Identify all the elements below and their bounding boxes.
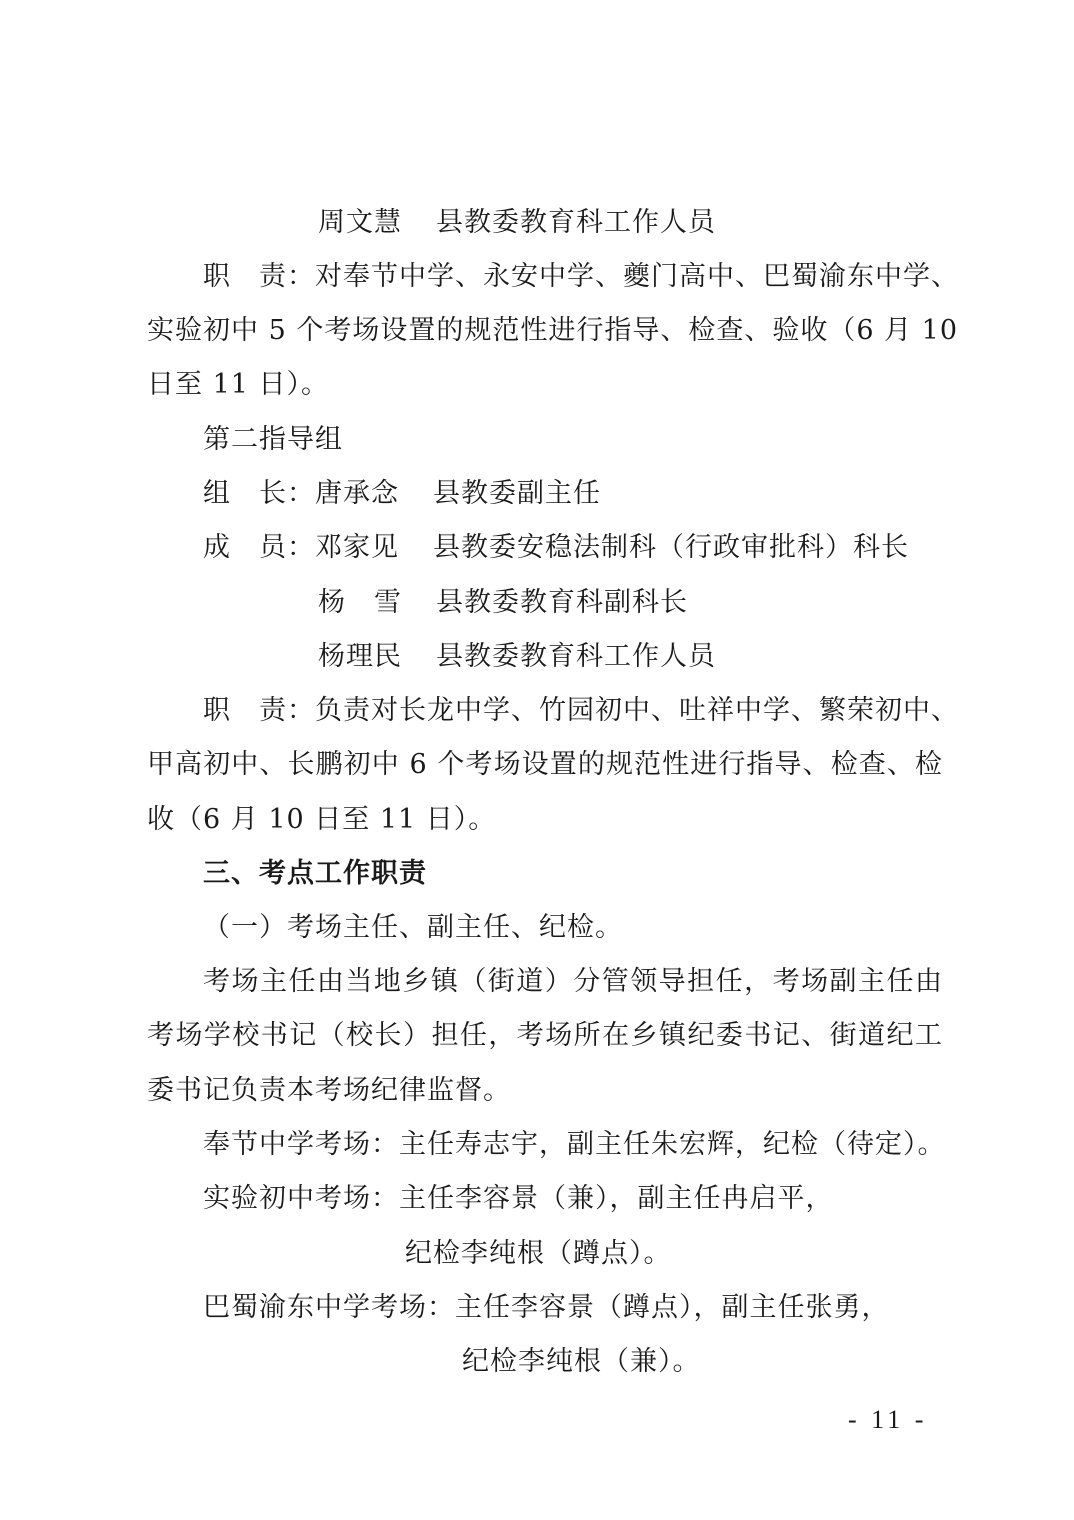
group1-duty-line3: 日至 11 日）。: [147, 367, 329, 403]
member-title: 县教委教育科副科长: [436, 587, 688, 618]
group2-duty-line3: 收（6 月 10 日至 11 日）。: [147, 802, 496, 838]
member-name: 邓家见: [315, 532, 399, 563]
paragraph-line3: 委书记负责本考场纪律监督。: [147, 1073, 511, 1109]
group1-duty-line1: 职 责：对奉节中学、永安中学、夔门高中、巴蜀渝东中学、: [203, 259, 943, 295]
page-number: - 11 -: [848, 1402, 927, 1438]
leader-title: 县教委副主任: [433, 478, 601, 509]
venue-shiyan-line2: 纪检李纯根（蹲点）。: [405, 1236, 672, 1272]
leader-name: 唐承念: [315, 478, 399, 509]
member-name: 杨 雪: [318, 587, 402, 618]
member-name: 杨理民: [318, 641, 402, 672]
group2-member-row: 成 员：邓家见县教委安稳法制科（行政审批科）科长: [203, 530, 909, 566]
venue-shiyan-line1: 实验初中考场：主任李容景（兼），副主任冉启平，: [203, 1181, 834, 1217]
duty-label: 职 责：: [203, 695, 315, 726]
group2-member-row: 杨理民县教委教育科工作人员: [318, 639, 716, 675]
section-heading: 三、考点工作职责: [203, 856, 427, 892]
group2-duty-line2: 甲高初中、长鹏初中 6 个考场设置的规范性进行指导、检查、检: [147, 747, 943, 783]
member-name: 周文慧: [318, 207, 402, 238]
group2-title: 第二指导组: [203, 422, 343, 458]
member-title: 县教委教育科工作人员: [436, 641, 716, 672]
venue-bashu-line2: 纪检李纯根（兼）。: [462, 1344, 701, 1380]
group1-duty-line2: 实验初中 5 个考场设置的规范性进行指导、检查、验收（6 月 10: [147, 313, 943, 349]
duty-label: 职 责：: [203, 261, 315, 292]
venue-fengjie-line1: 奉节中学考场：主任寿志宇，副主任朱宏辉，纪检（待定）。: [203, 1127, 946, 1163]
group1-member-row: 周文慧县教委教育科工作人员: [318, 205, 716, 241]
venue-bashu-line1: 巴蜀渝东中学考场：主任李容景（蹲点），副主任张勇，: [203, 1290, 890, 1326]
group2-leader-row: 组 长：唐承念县教委副主任: [203, 476, 601, 512]
group2-member-row: 杨 雪县教委教育科副科长: [318, 585, 688, 621]
paragraph-line1: 考场主任由当地乡镇（街道）分管领导担任，考场副主任由: [203, 964, 943, 1000]
group2-duty-line1: 职 责：负责对长龙中学、竹园初中、吐祥中学、繁荣初中、: [203, 693, 943, 729]
paragraph-line2: 考场学校书记（校长）担任，考场所在乡镇纪委书记、街道纪工: [147, 1018, 943, 1054]
members-label: 成 员：: [203, 532, 315, 563]
member-title: 县教委安稳法制科（行政审批科）科长: [433, 532, 909, 563]
member-title: 县教委教育科工作人员: [436, 207, 716, 238]
leader-label: 组 长：: [203, 478, 315, 509]
subsection-heading: （一）考场主任、副主任、纪检。: [203, 910, 623, 946]
